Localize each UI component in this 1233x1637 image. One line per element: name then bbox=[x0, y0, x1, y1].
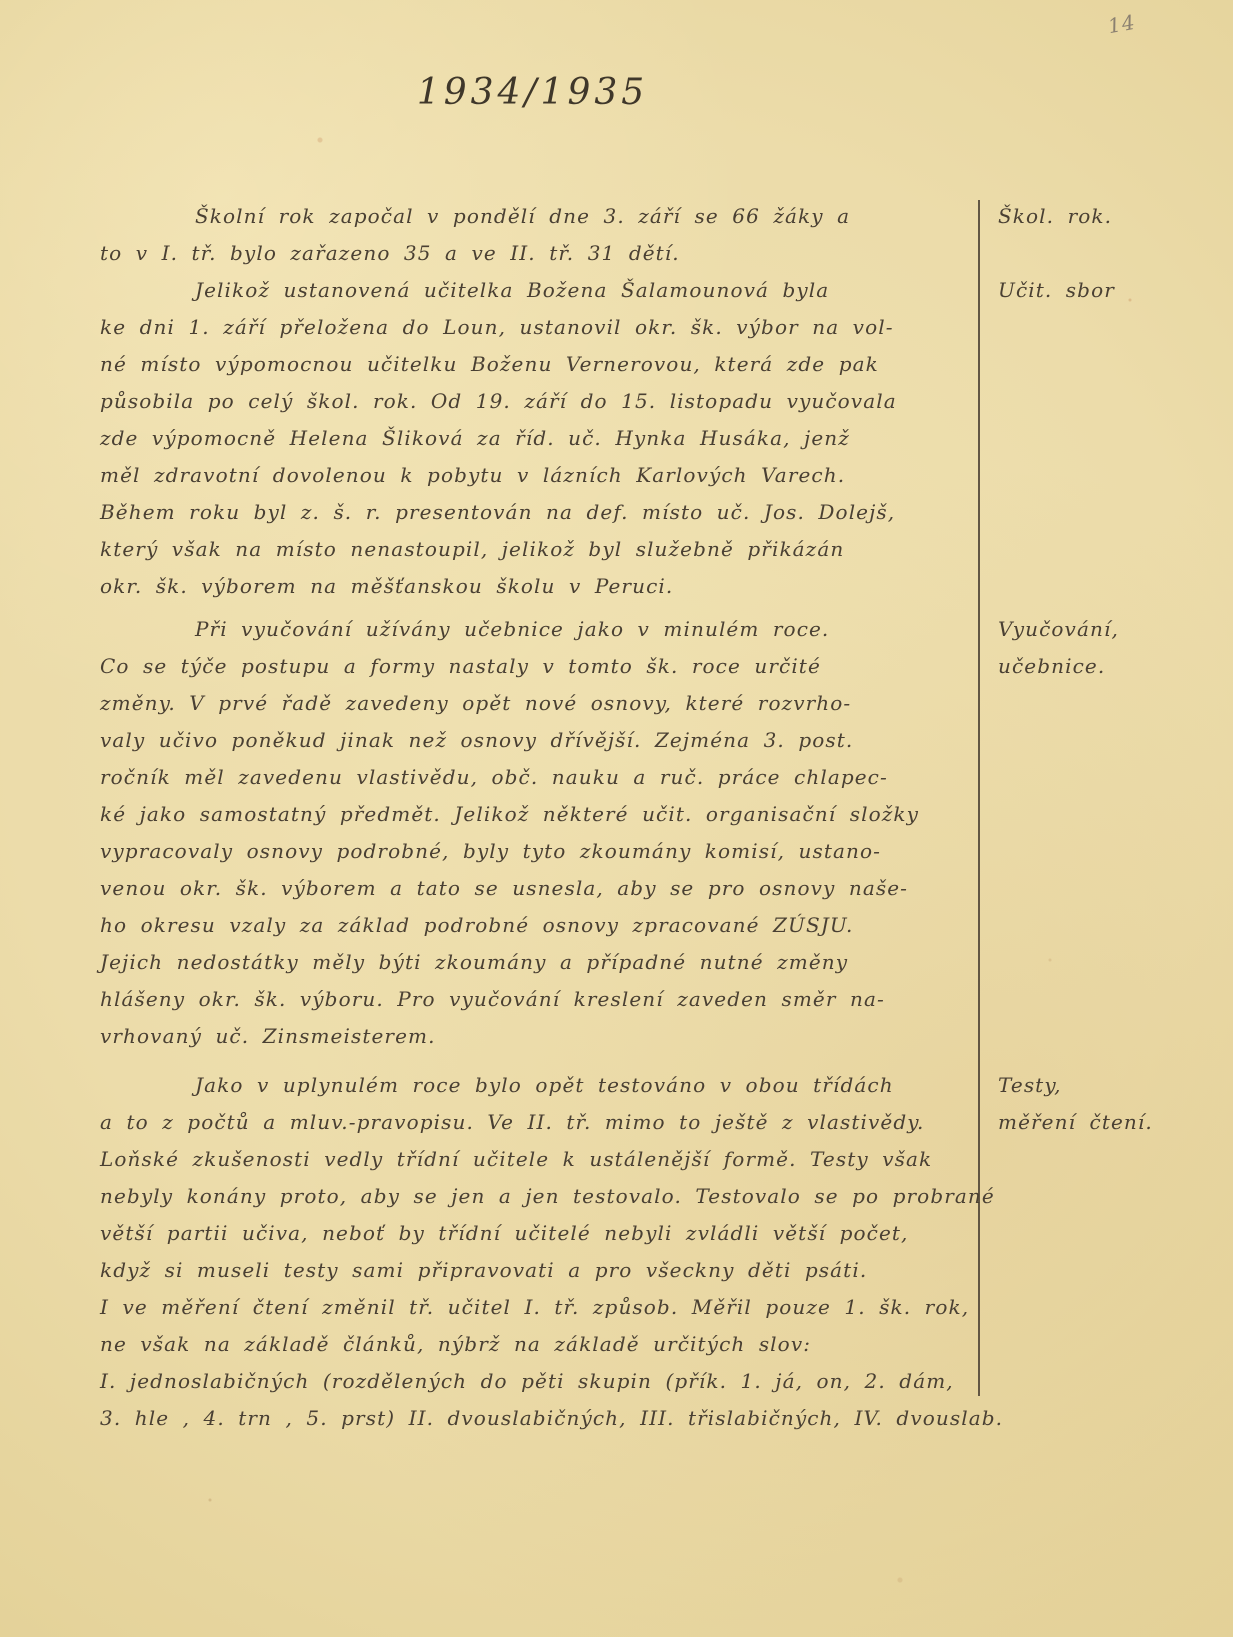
section-instruction-textbooks-text: Při vyučování užívány učebnice jako v mi… bbox=[0, 611, 978, 1055]
margin-note-tests: Testy, měření čtení. bbox=[978, 1067, 1213, 1141]
section-teaching-staff-text: Jelikož ustanovená učitelka Božena Šalam… bbox=[0, 272, 978, 605]
margin-note-line: učebnice. bbox=[998, 648, 1213, 685]
text-line: okr. šk. výborem na měšťanskou školu v P… bbox=[100, 568, 978, 605]
text-line: hlášeny okr. šk. výboru. Pro vyučování k… bbox=[100, 981, 978, 1018]
page-title: 1934/1935 bbox=[100, 72, 965, 113]
text-line: venou okr. šk. výborem a tato se usnesla… bbox=[100, 870, 978, 907]
text-line: měl zdravotní dovolenou k pobytu v lázní… bbox=[100, 457, 978, 494]
text-line: valy učivo poněkud jinak než osnovy dřív… bbox=[100, 722, 978, 759]
page-number: 14 bbox=[1105, 4, 1139, 45]
text-line: I ve měření čtení změnil tř. učitel I. t… bbox=[100, 1289, 978, 1326]
section-instruction-textbooks: Při vyučování užívány učebnice jako v mi… bbox=[0, 611, 1233, 1055]
text-line: Při vyučování užívány učebnice jako v mi… bbox=[100, 611, 978, 648]
text-line: Co se týče postupu a formy nastaly v tom… bbox=[100, 648, 978, 685]
section-school-year-text: Školní rok započal v pondělí dne 3. září… bbox=[0, 198, 978, 272]
text-line: ke dni 1. září přeložena do Loun, ustano… bbox=[100, 309, 978, 346]
text-line: Školní rok započal v pondělí dne 3. září… bbox=[100, 198, 978, 235]
text-line: ho okresu vzaly za základ podrobné osnov… bbox=[100, 907, 978, 944]
text-line: zde výpomocně Helena Šliková za říd. uč.… bbox=[100, 420, 978, 457]
text-line: působila po celý škol. rok. Od 19. září … bbox=[100, 383, 978, 420]
section-tests-reading: Jako v uplynulém roce bylo opět testován… bbox=[0, 1067, 1233, 1437]
text-line: větší partii učiva, neboť by třídní učit… bbox=[100, 1215, 978, 1252]
text-line: změny. V prvé řadě zavedeny opět nové os… bbox=[100, 685, 978, 722]
margin-note-line: Testy, bbox=[998, 1067, 1213, 1104]
text-line: Jejich nedostátky měly býti zkoumány a p… bbox=[100, 944, 978, 981]
text-line: Jako v uplynulém roce bylo opět testován… bbox=[100, 1067, 978, 1104]
margin-note-line: Vyučování, bbox=[998, 611, 1213, 648]
section-teaching-staff: Jelikož ustanovená učitelka Božena Šalam… bbox=[0, 272, 1233, 605]
text-line: Loňské zkušenosti vedly třídní učitele k… bbox=[100, 1141, 978, 1178]
text-line: to v I. tř. bylo zařazeno 35 a ve II. tř… bbox=[100, 235, 978, 272]
text-line: nebyly konány proto, aby se jen a jen te… bbox=[100, 1178, 978, 1215]
text-line: když si museli testy sami připravovati a… bbox=[100, 1252, 978, 1289]
text-line: Během roku byl z. š. r. presentován na d… bbox=[100, 494, 978, 531]
text-line: který však na místo nenastoupil, jelikož… bbox=[100, 531, 978, 568]
text-line: a to z počtů a mluv.-pravopisu. Ve II. t… bbox=[100, 1104, 978, 1141]
text-line: vrhovaný uč. Zinsmeisterem. bbox=[100, 1018, 978, 1055]
margin-note-teaching-staff: Učit. sbor bbox=[978, 272, 1213, 309]
text-line: ročník měl zavedenu vlastivědu, obč. nau… bbox=[100, 759, 978, 796]
margin-note-line: měření čtení. bbox=[998, 1104, 1213, 1141]
text-line: I. jednoslabičných (rozdělených do pěti … bbox=[100, 1363, 978, 1400]
text-line: 3. hle , 4. trn , 5. prst) II. dvouslabi… bbox=[100, 1400, 978, 1437]
margin-note-line: Učit. sbor bbox=[998, 272, 1213, 309]
section-tests-reading-text: Jako v uplynulém roce bylo opět testován… bbox=[0, 1067, 978, 1437]
section-school-year: Školní rok započal v pondělí dne 3. září… bbox=[0, 198, 1233, 272]
text-line: ké jako samostatný předmět. Jelikož někt… bbox=[100, 796, 978, 833]
text-line: vypracovaly osnovy podrobné, byly tyto z… bbox=[100, 833, 978, 870]
page-content: Školní rok započal v pondělí dne 3. září… bbox=[0, 198, 1233, 1437]
text-line: Jelikož ustanovená učitelka Božena Šalam… bbox=[100, 272, 978, 309]
text-line: ne však na základě článků, nýbrž na zákl… bbox=[100, 1326, 978, 1363]
chronicle-page: 14 1934/1935 Školní rok započal v ponděl… bbox=[0, 0, 1233, 1637]
margin-note-instruction: Vyučování, učebnice. bbox=[978, 611, 1213, 685]
text-line: né místo výpomocnou učitelku Boženu Vern… bbox=[100, 346, 978, 383]
margin-note-school-year: Škol. rok. bbox=[978, 198, 1213, 235]
margin-note-line: Škol. rok. bbox=[998, 198, 1213, 235]
